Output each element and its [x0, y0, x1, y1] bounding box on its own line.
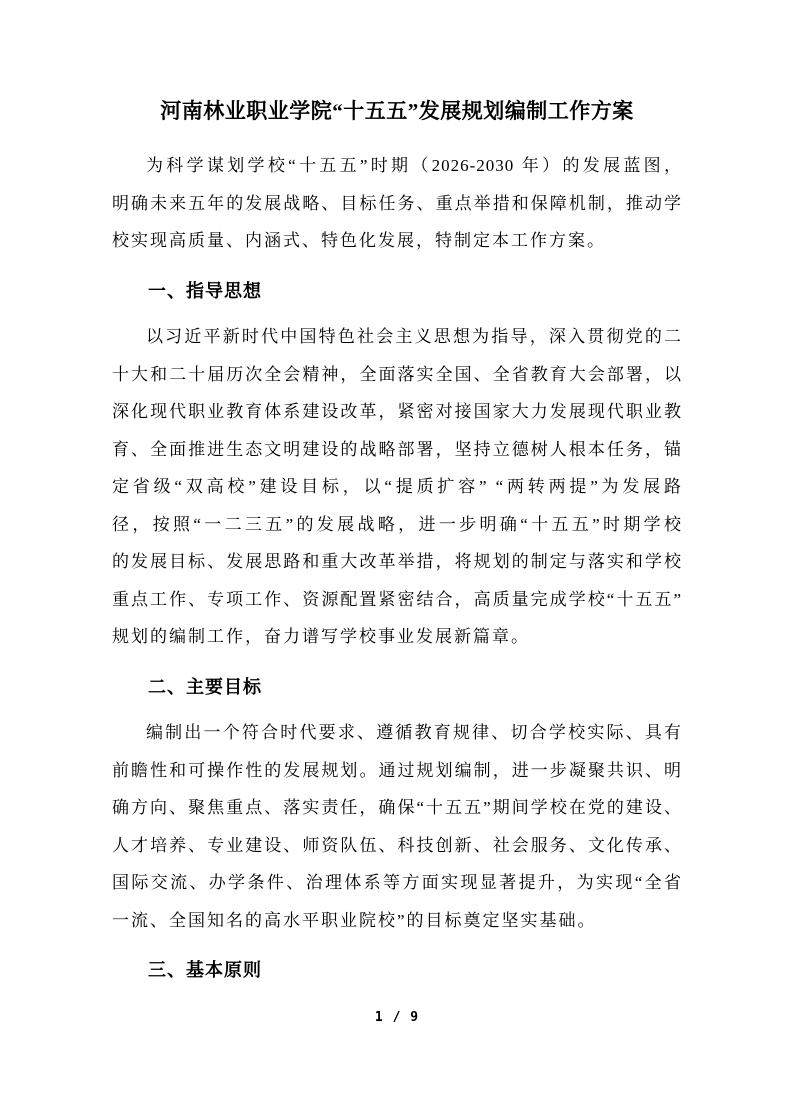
text-line: 编制出一个符合时代要求、遵循教育规律、切合学校实际、具有 — [112, 714, 682, 752]
text-line: 前瞻性和可操作性的发展规划。通过规划编制，进一步凝聚共识、明 — [112, 752, 682, 790]
text-line: 径，按照“一二三五”的发展战略，进一步明确“十五五”时期学校 — [112, 506, 682, 544]
section-paragraph-guiding-ideology: 以习近平新时代中国特色社会主义思想为指导，深入贯彻党的二十大和二十届历次全会精神… — [112, 318, 682, 656]
text-line: 重点工作、专项工作、资源配置紧密结合，高质量完成学校“十五五” — [112, 581, 682, 619]
text-line: 育、全面推进生态文明建设的战略部署，坚持立德树人根本任务，锚 — [112, 431, 682, 469]
text-line: 十大和二十届历次全会精神，全面落实全国、全省教育大会部署，以 — [112, 356, 682, 394]
section-heading-guiding-ideology: 一、指导思想 — [112, 273, 682, 311]
text-line: 确方向、聚焦重点、落实责任，确保“十五五”期间学校在党的建设、 — [112, 789, 682, 827]
section-paragraph-main-goals: 编制出一个符合时代要求、遵循教育规律、切合学校实际、具有前瞻性和可操作性的发展规… — [112, 714, 682, 939]
text-line: 一流、全国知名的高水平职业院校”的目标奠定坚实基础。 — [112, 902, 682, 940]
text-line: 明确未来五年的发展战略、目标任务、重点举措和保障机制，推动学 — [112, 185, 682, 223]
text-line: 为科学谋划学校“十五五”时期（2026-2030 年）的发展蓝图， — [112, 147, 682, 185]
text-line: 的发展目标、发展思路和重大改革举措，将规划的制定与落实和学校 — [112, 543, 682, 581]
text-line: 以习近平新时代中国特色社会主义思想为指导，深入贯彻党的二 — [112, 318, 682, 356]
intro-paragraph: 为科学谋划学校“十五五”时期（2026-2030 年）的发展蓝图，明确未来五年的… — [112, 147, 682, 260]
text-line: 深化现代职业教育体系建设改革，紧密对接国家大力发展现代职业教 — [112, 393, 682, 431]
page-footer: 1 / 9 — [0, 1008, 794, 1028]
page-number: 1 / 9 — [375, 1010, 419, 1025]
text-line: 校实现高质量、内涵式、特色化发展，特制定本工作方案。 — [112, 222, 682, 260]
text-line: 国际交流、办学条件、治理体系等方面实现显著提升，为实现“全省 — [112, 864, 682, 902]
text-line: 规划的编制工作，奋力谱写学校事业发展新篇章。 — [112, 618, 682, 656]
text-line: 定省级“双高校”建设目标，以“提质扩容” “两转两提”为发展路 — [112, 468, 682, 506]
section-heading-main-goals: 二、主要目标 — [112, 669, 682, 707]
document-title: 河南林业职业学院“十五五”发展规划编制工作方案 — [112, 92, 682, 130]
document-page: 河南林业职业学院“十五五”发展规划编制工作方案 为科学谋划学校“十五五”时期（2… — [0, 0, 794, 1108]
text-line: 人才培养、专业建设、师资队伍、科技创新、社会服务、文化传承、 — [112, 827, 682, 865]
document-body: 河南林业职业学院“十五五”发展规划编制工作方案 为科学谋划学校“十五五”时期（2… — [112, 92, 682, 998]
section-heading-basic-principles: 三、基本原则 — [112, 952, 682, 990]
